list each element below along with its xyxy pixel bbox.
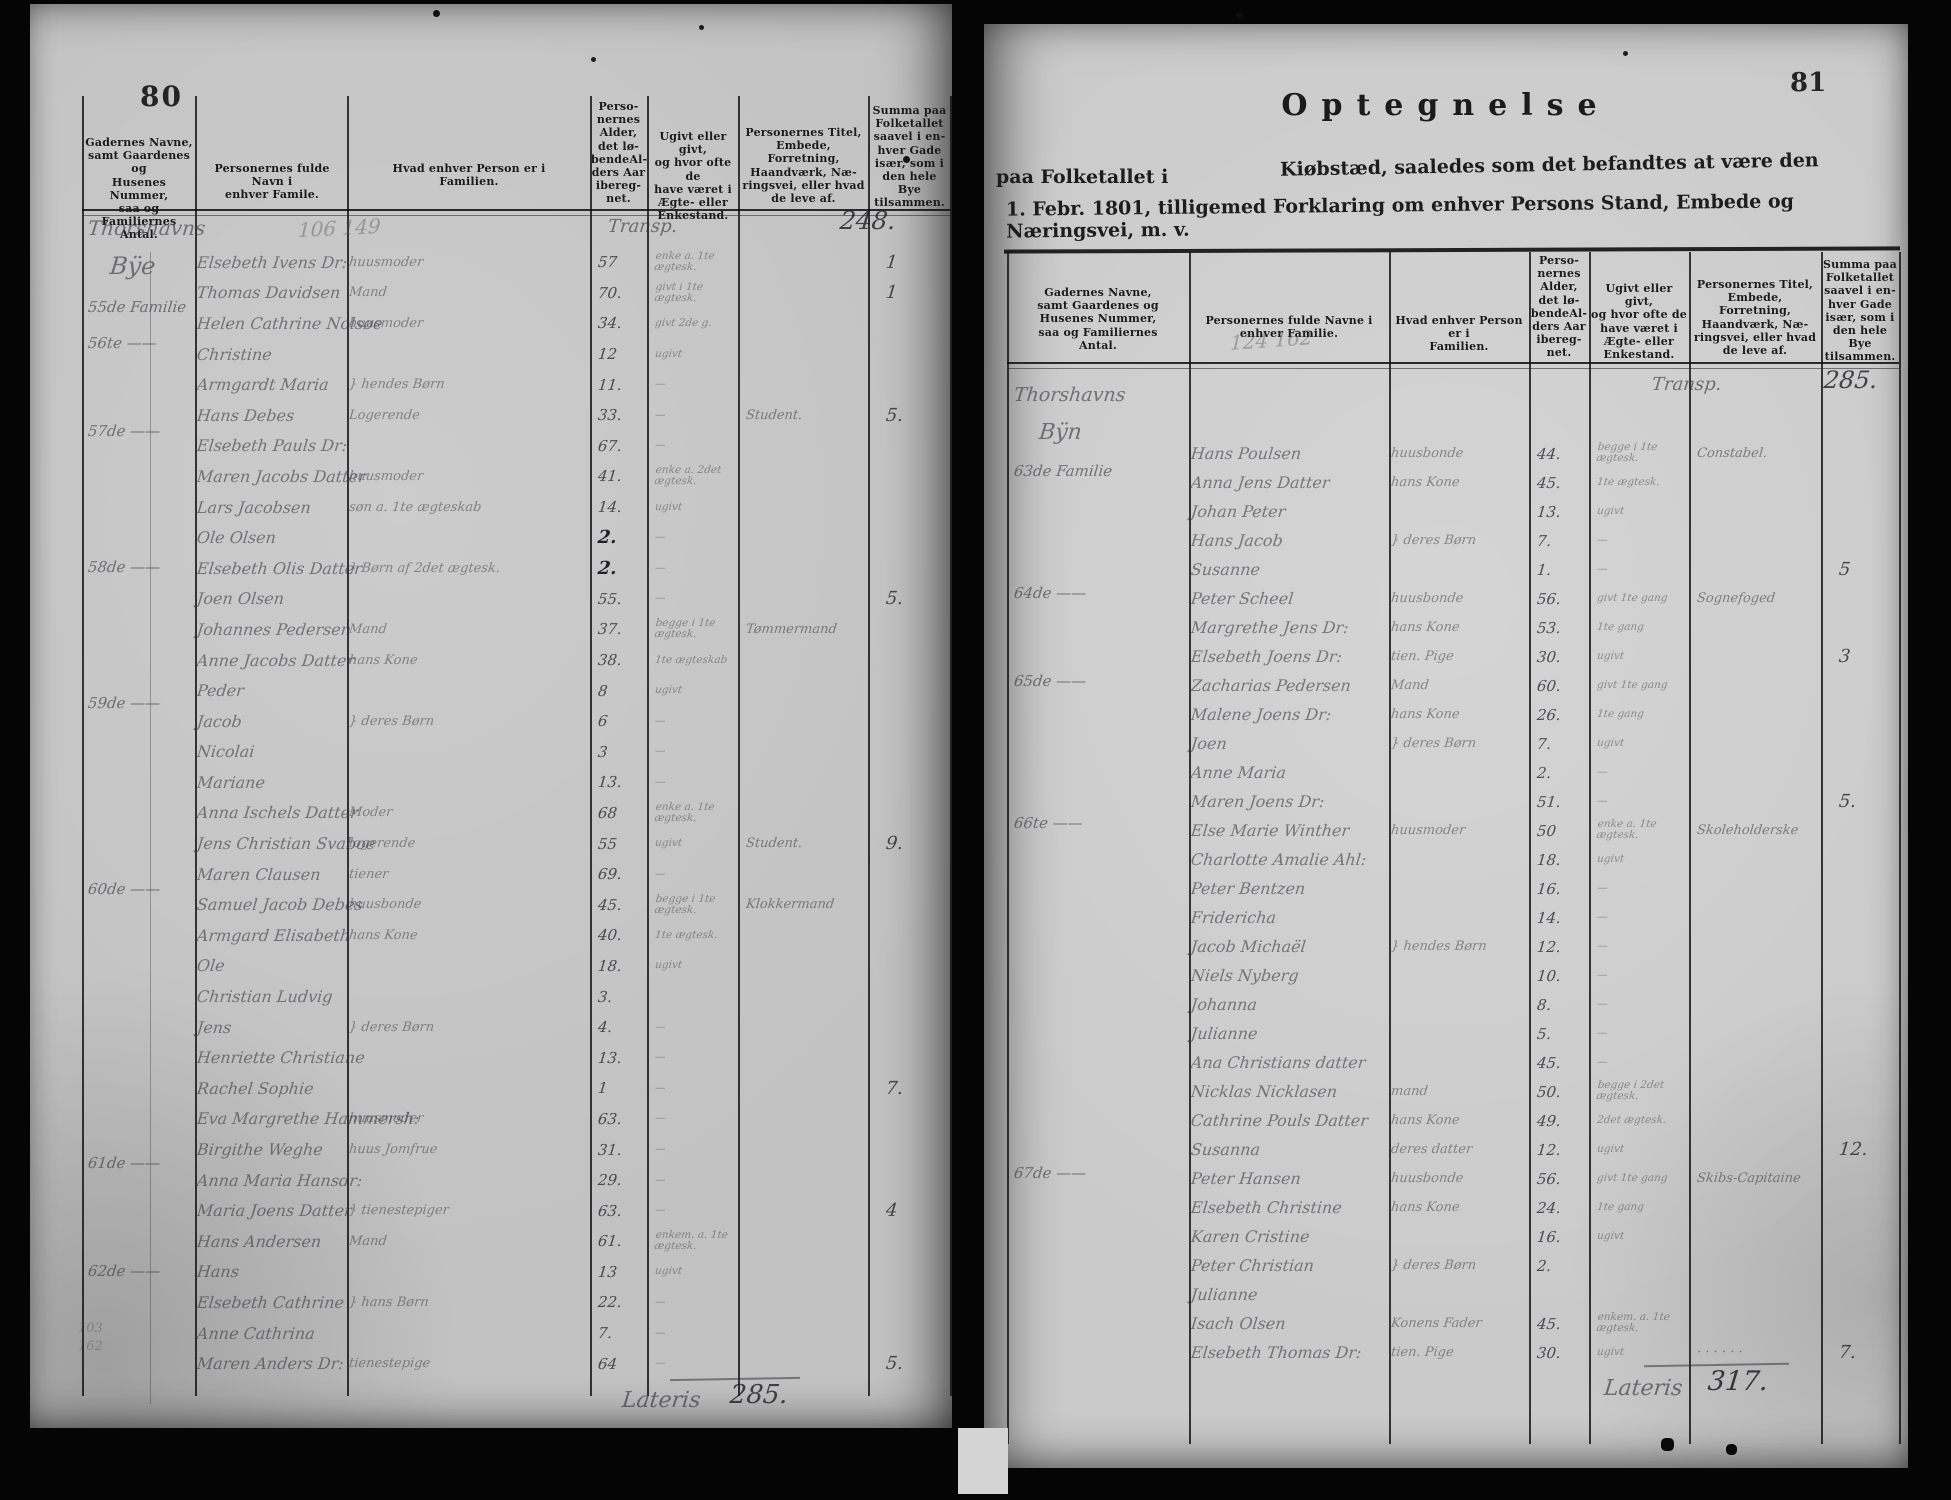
- cell-status: ugivt: [1596, 1144, 1697, 1155]
- table-row: Anne Jacobs Datterhans Kone38.1te ægtesk…: [195, 645, 950, 676]
- census-rows: Elsebeth Ivens Dr:huusmoder57enke a. 1te…: [195, 247, 950, 1379]
- table-row: Maren Anders Dr:tienestepige64—5.: [195, 1348, 950, 1379]
- table-row: Ole18.ugivt: [195, 951, 950, 982]
- cell-age: 14.: [591, 498, 656, 516]
- cell-age: 18.: [1530, 851, 1598, 869]
- cell-status: ugivt: [654, 1266, 746, 1277]
- table-row: Cathrine Pouls Datterhans Kone49.2det æg…: [1189, 1106, 1899, 1135]
- table-row: Zacharias PedersenMand60.givt 1te gang: [1189, 671, 1899, 700]
- cell-name: Maren Jacobs Datter: [194, 467, 350, 486]
- cell-role: Mand: [348, 285, 593, 300]
- census-page-right: 81 Optegnelse paa Folketallet i Kiøbstæd…: [984, 24, 1908, 1468]
- cell-name: Johan Peter: [1188, 502, 1392, 521]
- table-row: Peter Christian} deres Børn2.: [1189, 1251, 1899, 1280]
- cell-status: —: [654, 1205, 746, 1216]
- cell-name: Maren Clausen: [194, 865, 350, 884]
- cell-name: Niels Nyberg: [1188, 966, 1392, 985]
- cell-age: 55: [591, 835, 656, 853]
- cell-name: Eva Margrethe Hammersh:: [194, 1109, 350, 1128]
- cell-role: } deres Børn: [348, 1020, 593, 1035]
- cell-status: enkem. a. 1te ægtesk.: [1596, 1312, 1698, 1334]
- cell-age: 10.: [1530, 967, 1598, 985]
- cell-status: ugivt: [1596, 1347, 1697, 1358]
- table-row: Elsebeth Ivens Dr:huusmoder57enke a. 1te…: [195, 247, 950, 278]
- cell-role: Logerende: [348, 408, 593, 423]
- column-header: Ugivt eller givt, og hvor ofte de have v…: [649, 130, 737, 222]
- table-row: Jens Christian Svaboelogerende55ugivtStu…: [195, 828, 950, 859]
- cell-role: Moder: [348, 805, 593, 820]
- cell-status: —: [1596, 564, 1697, 575]
- cell-age: 61.: [591, 1232, 656, 1250]
- cell-name: Nicklas Nicklasen: [1188, 1082, 1392, 1101]
- cell-status: —: [654, 410, 746, 421]
- cell-role: huusbonde: [348, 897, 593, 912]
- table-row: Julianne: [1189, 1280, 1899, 1309]
- cell-role: hans Kone: [1390, 707, 1532, 722]
- cell-status: —: [1596, 912, 1697, 923]
- cell-age: 8.: [1530, 996, 1598, 1014]
- cell-role: hans Kone: [1390, 1200, 1532, 1215]
- table-row: Anne Maria2.—: [1189, 758, 1899, 787]
- cell-age: 2.: [1530, 764, 1598, 782]
- cell-age: 16.: [1530, 880, 1598, 898]
- cell-name: Helen Cathrine Nolsøe: [194, 314, 350, 333]
- column-header: Hvad enhver Person er i Familien.: [1391, 314, 1527, 354]
- column-header: Hvad enhver Person er i Familien.: [349, 162, 589, 188]
- column-header: Ugivt eller givt, og hvor ofte de have v…: [1591, 282, 1687, 361]
- margin-family-label: 58de ——: [87, 558, 161, 576]
- cell-role: huusmoder: [348, 469, 593, 484]
- cell-age: 12.: [1530, 938, 1598, 956]
- cell-age: 50.: [1530, 1083, 1598, 1101]
- cell-status: enke a. 1te ægtesk.: [1596, 819, 1698, 841]
- cell-age: 13.: [1530, 503, 1598, 521]
- cell-name: Anne Cathrina: [194, 1324, 350, 1343]
- table-row: Anna Ischels DatterModer68enke a. 1te æg…: [195, 798, 950, 829]
- cell-status: enke a. 1te ægtesk.: [654, 802, 747, 824]
- cell-age: 50: [1530, 822, 1598, 840]
- cell-name: Birgithe Weghe: [194, 1140, 350, 1159]
- cell-age: 44.: [1530, 445, 1598, 463]
- cell-status: —: [1596, 970, 1697, 981]
- cell-age: 18.: [591, 957, 656, 975]
- cell-status: —: [654, 1175, 746, 1186]
- cell-role: } tienestepiger: [348, 1203, 593, 1218]
- cell-status: —: [654, 593, 746, 604]
- table-row: Henriette Christiane13.—: [195, 1042, 950, 1073]
- cell-age: 30.: [1530, 648, 1598, 666]
- census-page-left: 80 Gadernes Navne, samt Gaardenes og Hus…: [30, 4, 952, 1428]
- table-row: Joen} deres Børn7.ugivt: [1189, 729, 1899, 758]
- table-row: Samuel Jacob Debeshuusbonde45.begge i 1t…: [195, 889, 950, 920]
- cell-name: Ole: [194, 956, 350, 975]
- cell-age: 63.: [591, 1110, 656, 1128]
- cell-role: hans Kone: [1390, 620, 1532, 635]
- cell-age: 1.: [1530, 561, 1598, 579]
- cell-occ: · · · · · ·: [1696, 1345, 1830, 1360]
- cell-status: —: [1596, 1028, 1697, 1039]
- cell-role: tiener: [348, 867, 593, 882]
- table-row: Charlotte Amalie Ahl:18.ugivt: [1189, 845, 1899, 874]
- cell-age: 56.: [1530, 590, 1598, 608]
- cell-status: begge i 2det ægtesk.: [1596, 1080, 1698, 1102]
- cell-name: Elsebeth Olis Datter: [194, 559, 350, 578]
- cell-name: Elsebeth Joens Dr:: [1188, 647, 1392, 666]
- cell-role: huusmoder: [1390, 823, 1532, 838]
- cell-name: Maren Anders Dr:: [194, 1354, 350, 1373]
- cell-role: huusmoder: [348, 255, 593, 270]
- cell-sum: 7.: [1828, 1342, 1918, 1363]
- cell-name: Mariane: [194, 773, 350, 792]
- cell-name: Peder: [194, 681, 350, 700]
- table-row: Niels Nyberg10.—: [1189, 961, 1899, 990]
- cell-role: } hans Børn: [348, 1295, 593, 1310]
- margin-family-label: Bÿe: [109, 252, 157, 280]
- subtitle-right: Kiøbstæd, saaledes som det befandtes at …: [1280, 149, 1819, 180]
- table-row: Anna Jens Datterhans Kone45.1te ægtesk.: [1189, 468, 1899, 497]
- cell-status: ugivt: [654, 502, 746, 513]
- cell-status: —: [1596, 999, 1697, 1010]
- table-row: Johan Peter13.ugivt: [1189, 497, 1899, 526]
- table-row: Elsebeth Christinehans Kone24.1te gang: [1189, 1193, 1899, 1222]
- cell-status: —: [654, 1113, 746, 1124]
- lateris-label: Lateris: [1603, 1376, 1684, 1401]
- cell-status: givt 1te gang: [1596, 680, 1697, 691]
- cell-name: Jacob Michaël: [1188, 937, 1392, 956]
- column-header: Perso- nernes Alder, det lø- bendeAl- de…: [1530, 254, 1588, 360]
- table-row: Christian Ludvig3.: [195, 981, 950, 1012]
- cell-role: Mand: [1390, 678, 1532, 693]
- lateris-value: 317.: [1706, 1366, 1769, 1397]
- table-row: Hans DebesLogerende33.—Student.5.: [195, 400, 950, 431]
- cell-occ: Klokkermand: [745, 897, 877, 912]
- cell-name: Peter Scheel: [1188, 589, 1392, 608]
- cell-occ: Student.: [745, 408, 877, 423]
- cell-status: —: [654, 1022, 746, 1033]
- cell-age: 55.: [591, 590, 656, 608]
- table-row: Fridericha14.—: [1189, 903, 1899, 932]
- cell-name: Anna Jens Datter: [1188, 473, 1392, 492]
- cell-name: Ole Olsen: [194, 528, 350, 547]
- cell-role: mand: [1390, 1084, 1532, 1099]
- cell-name: Anna Ischels Datter: [194, 803, 350, 822]
- cell-name: Thomas Davidsen: [194, 283, 350, 302]
- cell-role: huusbonde: [1390, 1171, 1532, 1186]
- cell-status: givt i 1te ægtesk.: [654, 282, 747, 304]
- cell-age: 16.: [1530, 1228, 1598, 1246]
- cell-name: Jacob: [194, 712, 350, 731]
- cell-age: 45.: [1530, 474, 1598, 492]
- cell-status: —: [1596, 883, 1697, 894]
- cell-status: enkem. a. 1te ægtesk.: [654, 1230, 747, 1252]
- cell-name: Hans Debes: [194, 406, 350, 425]
- cell-age: 51.: [1530, 793, 1598, 811]
- cell-status: ugivt: [654, 349, 746, 360]
- cell-age: 68: [591, 804, 656, 822]
- cell-status: begge i 1te ægtesk.: [654, 618, 747, 640]
- cell-name: Isach Olsen: [1188, 1314, 1392, 1333]
- cell-name: Julianne: [1188, 1024, 1392, 1043]
- cell-name: Elsebeth Pauls Dr:: [194, 436, 350, 455]
- table-row: Elsebeth Thomas Dr:tien. Pige30.ugivt· ·…: [1189, 1338, 1899, 1367]
- cell-name: Karen Cristine: [1188, 1227, 1392, 1246]
- cell-age: 14.: [1530, 909, 1598, 927]
- cell-age: 7.: [591, 1324, 656, 1342]
- cell-role: } Børn af 2det ægtesk.: [348, 561, 593, 576]
- cell-age: 49.: [1530, 1112, 1598, 1130]
- cell-sum: 5: [1828, 559, 1918, 580]
- margin-family-label: 57de ——: [87, 422, 161, 440]
- transport-value: 248.: [838, 206, 897, 235]
- column-header: Personernes Titel, Embede, Forretning, H…: [1691, 278, 1819, 357]
- cell-name: Susanne: [1188, 560, 1392, 579]
- margin-family-label: 56te ——: [87, 334, 158, 352]
- cell-status: —: [654, 1358, 746, 1369]
- cell-name: Fridericha: [1188, 908, 1392, 927]
- cell-age: 2.: [591, 527, 656, 548]
- cell-age: 13.: [591, 773, 656, 791]
- cell-sum: 5.: [1828, 791, 1918, 812]
- column-header: Summa paa Folketallet saavel i en- hver …: [870, 104, 949, 210]
- table-row: Ole Olsen2.—: [195, 522, 950, 553]
- cell-role: } deres Børn: [348, 714, 593, 729]
- cell-status: ugivt: [654, 838, 746, 849]
- cell-status: givt 2de g.: [654, 318, 746, 329]
- table-row: Hans Jacob} deres Børn7.—: [1189, 526, 1899, 555]
- cell-role: tien. Pige: [1390, 649, 1532, 664]
- cell-status: —: [654, 1083, 746, 1094]
- cell-role: Mand: [348, 1234, 593, 1249]
- table-row: Isach OlsenKonens Fader45.enkem. a. 1te …: [1189, 1309, 1899, 1338]
- cell-role: } deres Børn: [1390, 533, 1532, 548]
- cell-name: Lars Jacobsen: [194, 498, 350, 517]
- cell-occ: Skibs-Capitaine: [1696, 1171, 1830, 1186]
- column-header: Perso- nernes Alder, det lø- bendeAl- de…: [591, 100, 646, 206]
- cell-age: 41.: [591, 467, 656, 485]
- cell-age: 24.: [1530, 1199, 1598, 1217]
- cell-name: Christian Ludvig: [194, 987, 350, 1006]
- cell-occ: Constabel.: [1696, 446, 1830, 461]
- page-corner-artifact: [958, 1428, 1008, 1494]
- street-family-margin: ThorshavnsBÿn63de Familie64de ——65de ——6…: [1014, 24, 1164, 1424]
- cell-sum: 4: [875, 1200, 969, 1221]
- margin-family-label: Bÿn: [1038, 420, 1083, 445]
- cell-role: logerende: [348, 836, 593, 851]
- cell-age: 57: [591, 253, 656, 271]
- cell-age: 1: [591, 1079, 656, 1097]
- cell-name: Maria Joens Datter: [194, 1201, 350, 1220]
- table-row: Anne Cathrina7.—: [195, 1318, 950, 1349]
- cell-name: Zacharias Pedersen: [1188, 676, 1392, 695]
- cell-name: Else Marie Winther: [1188, 821, 1392, 840]
- table-row: Hans13ugivt: [195, 1257, 950, 1288]
- cell-age: 33.: [591, 406, 656, 424]
- cell-age: 3.: [591, 988, 656, 1006]
- cell-sum: 5.: [875, 588, 969, 609]
- cell-age: 63.: [591, 1202, 656, 1220]
- cell-role: } hendes Børn: [1390, 939, 1532, 954]
- margin-family-label: Thorshavns: [1013, 384, 1127, 406]
- table-row: Hans AndersenMand61.enkem. a. 1te ægtesk…: [195, 1226, 950, 1257]
- cell-name: Peter Christian: [1188, 1256, 1392, 1275]
- cell-age: 29.: [591, 1171, 656, 1189]
- cell-status: 1te ægteskab: [654, 655, 746, 666]
- cell-name: Elsebeth Ivens Dr:: [194, 253, 350, 272]
- table-row: Eva Margrethe Hammersh:huusmoder63.—: [195, 1104, 950, 1135]
- cell-name: Samuel Jacob Debes: [194, 895, 350, 914]
- cell-name: Hans: [194, 1262, 350, 1281]
- census-rows: Hans Poulsenhuusbonde44.begge i 1te ægte…: [1189, 439, 1899, 1367]
- cell-occ: Skoleholderske: [1696, 823, 1830, 838]
- cell-name: Hans Jacob: [1188, 531, 1392, 550]
- cell-name: Maren Joens Dr:: [1188, 792, 1392, 811]
- transport-value: 285.: [1823, 366, 1879, 394]
- cell-status: —: [654, 563, 746, 574]
- cell-status: —: [654, 1297, 746, 1308]
- cell-name: Hans Poulsen: [1188, 444, 1392, 463]
- cell-age: 13.: [591, 1049, 656, 1067]
- cell-role: tien. Pige: [1390, 1345, 1532, 1360]
- cell-name: Susanna: [1188, 1140, 1392, 1159]
- cell-name: Nicolai: [194, 742, 350, 761]
- cell-status: 1te gang: [1596, 1202, 1697, 1213]
- cell-name: Peter Hansen: [1188, 1169, 1392, 1188]
- cell-age: 30.: [1530, 1344, 1598, 1362]
- cell-age: 53.: [1530, 619, 1598, 637]
- cell-name: Armgardt Maria: [194, 375, 350, 394]
- cell-role: hans Kone: [1390, 1113, 1532, 1128]
- cell-role: hans Kone: [348, 928, 593, 943]
- cell-age: 12: [591, 345, 656, 363]
- cell-age: 64: [591, 1355, 656, 1373]
- cell-status: givt 1te gang: [1596, 1173, 1697, 1184]
- cell-role: huusbonde: [1390, 591, 1532, 606]
- column-header: Personernes Titel, Embede, Forretning, H…: [740, 126, 867, 205]
- cell-name: Johannes Pedersen: [194, 620, 350, 639]
- cell-name: Joen Olsen: [194, 589, 350, 608]
- cell-status: 2det ægtesk.: [1596, 1115, 1697, 1126]
- cell-age: 26.: [1530, 706, 1598, 724]
- margin-family-label: 61de ——: [87, 1154, 161, 1172]
- table-row: Julianne5.—: [1189, 1019, 1899, 1048]
- table-row: Elsebeth Pauls Dr:67.—: [195, 431, 950, 462]
- cell-name: Hans Andersen: [194, 1232, 350, 1251]
- cell-role: huusmoder: [348, 316, 593, 331]
- table-row: Maren Clausentiener69.—: [195, 859, 950, 890]
- cell-status: begge i 1te ægtesk.: [654, 894, 747, 916]
- cell-role: hans Kone: [1390, 475, 1532, 490]
- cell-age: 45.: [1530, 1054, 1598, 1072]
- table-row: Helen Cathrine Nolsøehuusmoder34.givt 2d…: [195, 308, 950, 339]
- cell-role: } hendes Børn: [348, 377, 593, 392]
- cell-sum: 1: [875, 282, 969, 303]
- cell-name: Rachel Sophie: [194, 1079, 350, 1098]
- cell-status: ugivt: [1596, 854, 1697, 865]
- lateris-value: 285.: [728, 1380, 789, 1410]
- cell-status: 1te gang: [1596, 709, 1697, 720]
- margin-family-label: 65de ——: [1013, 672, 1087, 690]
- cell-sum: 12.: [1828, 1139, 1918, 1160]
- cell-sum: 7.: [875, 1078, 969, 1099]
- cell-status: —: [654, 869, 746, 880]
- cell-age: 69.: [591, 865, 656, 883]
- table-row: Anna Maria Hansdr:29.—: [195, 1165, 950, 1196]
- margin-family-label: 59de ——: [87, 694, 161, 712]
- cell-name: Charlotte Amalie Ahl:: [1188, 850, 1392, 869]
- cell-name: Jens Christian Svaboe: [194, 834, 350, 853]
- cell-status: —: [654, 440, 746, 451]
- cell-age: 4.: [591, 1018, 656, 1036]
- cell-age: 31.: [591, 1141, 656, 1159]
- cell-age: 38.: [591, 651, 656, 669]
- cell-status: —: [1596, 1057, 1697, 1068]
- table-row: Rachel Sophie1—7.: [195, 1073, 950, 1104]
- column-divider: [82, 96, 84, 1396]
- margin-family-label: 64de ——: [1013, 584, 1087, 602]
- margin-family-label: Thorshavns: [87, 216, 207, 240]
- table-row: Peder8ugivt: [195, 675, 950, 706]
- cell-name: Joen: [1188, 734, 1392, 753]
- cell-status: —: [654, 532, 746, 543]
- table-row: Lars Jacobsensøn a. 1te ægteskab14.ugivt: [195, 492, 950, 523]
- cell-status: —: [654, 1144, 746, 1155]
- cell-name: Henriette Christiane: [194, 1048, 350, 1067]
- cell-age: 13: [591, 1263, 656, 1281]
- cell-sum: 5.: [875, 405, 969, 426]
- table-row: Peter Scheelhuusbonde56.givt 1te gangSog…: [1189, 584, 1899, 613]
- table-row: Birgithe Weghehuus Jomfrue31.—: [195, 1134, 950, 1165]
- cell-age: 8: [591, 682, 656, 700]
- transport-label: Transp.: [607, 216, 679, 237]
- table-row: Elsebeth Joens Dr:tien. Pige30.ugivt3: [1189, 642, 1899, 671]
- transport-label: Transp.: [1651, 374, 1723, 395]
- cell-role: Mand: [348, 622, 593, 637]
- cell-age: 2.: [591, 558, 656, 579]
- table-row: Jacob} deres Børn6—: [195, 706, 950, 737]
- cell-status: —: [654, 1052, 746, 1063]
- cell-role: huus Jomfrue: [348, 1142, 593, 1157]
- cell-name: Elsebeth Cathrine: [194, 1293, 350, 1312]
- table-row: Maren Jacobs Datterhuusmoder41.enke a. 2…: [195, 461, 950, 492]
- cell-role: Konens Fader: [1390, 1316, 1532, 1331]
- cell-role: deres datter: [1390, 1142, 1532, 1157]
- cell-status: ugivt: [1596, 651, 1697, 662]
- cell-status: 1te ægtesk.: [654, 930, 746, 941]
- cell-sum: 9.: [875, 833, 969, 854]
- cell-name: Julianne: [1188, 1285, 1392, 1304]
- cell-name: Anne Maria: [1188, 763, 1392, 782]
- cell-occ: Student.: [745, 836, 877, 851]
- pencil-note: 124 162: [1230, 325, 1313, 355]
- table-row: Nicklas Nicklasenmand50.begge i 2det ægt…: [1189, 1077, 1899, 1106]
- cell-age: 45.: [591, 896, 656, 914]
- cell-sum: 3: [1828, 646, 1918, 667]
- table-row: Nicolai3—: [195, 737, 950, 768]
- cell-name: Armgard Elisabeth: [194, 926, 350, 945]
- table-row: Susanne1.—5: [1189, 555, 1899, 584]
- cell-status: —: [654, 1328, 746, 1339]
- cell-age: 11.: [591, 376, 656, 394]
- cell-age: 45.: [1530, 1315, 1598, 1333]
- cell-status: —: [1596, 535, 1697, 546]
- cell-age: 37.: [591, 620, 656, 638]
- cell-age: 7.: [1530, 735, 1598, 753]
- cell-name: Jens: [194, 1018, 350, 1037]
- column-divider: [1007, 252, 1009, 1444]
- cell-age: 5.: [1530, 1025, 1598, 1043]
- margin-family-label: 63de Familie: [1013, 462, 1113, 480]
- cell-status: —: [654, 379, 746, 390]
